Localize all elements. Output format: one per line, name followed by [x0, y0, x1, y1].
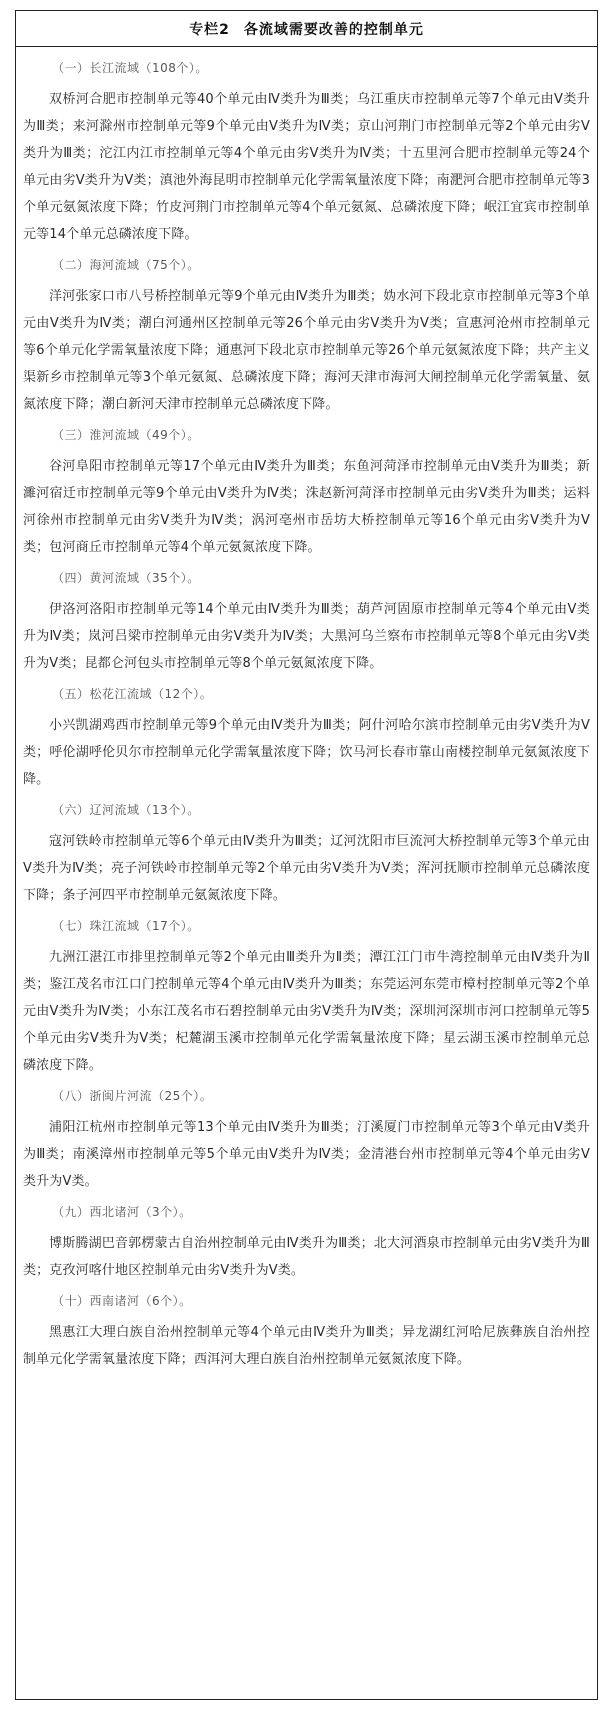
section-southwest: （十）西南诸河（6个）。 黑惠江大理白族自治州控制单元等4个单元由Ⅳ类升为Ⅲ类；… [23, 1288, 590, 1373]
section-heading: （八）浙闽片河流（25个）。 [23, 1083, 590, 1110]
box-title-number: 专栏2 [189, 19, 230, 39]
section-heading: （九）西北诸河（3个）。 [23, 1199, 590, 1226]
section-body: 九洲江湛江市排里控制单元等2个单元由Ⅲ类升为Ⅱ类；潭江江门市牛湾控制单元由Ⅳ类升… [23, 944, 590, 1079]
section-body: 双桥河合肥市控制单元等40个单元由Ⅳ类升为Ⅲ类；乌江重庆市控制单元等7个单元由Ⅴ… [23, 86, 590, 248]
box-content: （一）长江流域（108个）。 双桥河合肥市控制单元等40个单元由Ⅳ类升为Ⅲ类；乌… [16, 47, 597, 1373]
section-songhua: （五）松花江流域（12个）。 小兴凯湖鸡西市控制单元等9个单元由Ⅳ类升为Ⅲ类；阿… [23, 681, 590, 793]
section-body: 寇河铁岭市控制单元等6个单元由Ⅳ类升为Ⅲ类；辽河沈阳市巨流河大桥控制单元等3个单… [23, 828, 590, 909]
section-body: 博斯腾湖巴音郭楞蒙古自治州控制单元由Ⅳ类升为Ⅲ类；北大河酒泉市控制单元由劣Ⅴ类升… [23, 1230, 590, 1284]
section-haihe: （二）海河流域（75个）。 洋河张家口市八号桥控制单元等9个单元由Ⅳ类升为Ⅲ类；… [23, 252, 590, 418]
section-heading: （七）珠江流域（17个）。 [23, 913, 590, 940]
section-northwest: （九）西北诸河（3个）。 博斯腾湖巴音郭楞蒙古自治州控制单元由Ⅳ类升为Ⅲ类；北大… [23, 1199, 590, 1284]
section-body: 洋河张家口市八号桥控制单元等9个单元由Ⅳ类升为Ⅲ类；妫水河下段北京市控制单元等3… [23, 283, 590, 418]
section-heading: （四）黄河流域（35个）。 [23, 565, 590, 592]
section-yangtze: （一）长江流域（108个）。 双桥河合肥市控制单元等40个单元由Ⅳ类升为Ⅲ类；乌… [23, 55, 590, 248]
section-yellow-river: （四）黄河流域（35个）。 伊洛河洛阳市控制单元等14个单元由Ⅳ类升为Ⅲ类；葫芦… [23, 565, 590, 677]
section-heading: （二）海河流域（75个）。 [23, 252, 590, 279]
section-body: 浦阳江杭州市控制单元等13个单元由Ⅳ类升为Ⅲ类；汀溪厦门市控制单元等3个单元由Ⅴ… [23, 1114, 590, 1195]
section-heading: （六）辽河流域（13个）。 [23, 797, 590, 824]
box-title: 专栏2 各流域需要改善的控制单元 [16, 11, 597, 47]
section-heading: （五）松花江流域（12个）。 [23, 681, 590, 708]
section-heading: （三）淮河流域（49个）。 [23, 422, 590, 449]
section-zhemin: （八）浙闽片河流（25个）。 浦阳江杭州市控制单元等13个单元由Ⅳ类升为Ⅲ类；汀… [23, 1083, 590, 1195]
section-body: 谷河阜阳市控制单元等17个单元由Ⅳ类升为Ⅲ类；东鱼河菏泽市控制单元由Ⅴ类升为Ⅲ类… [23, 453, 590, 561]
sidebar-box: 专栏2 各流域需要改善的控制单元 （一）长江流域（108个）。 双桥河合肥市控制… [15, 10, 598, 1700]
section-body: 小兴凯湖鸡西市控制单元等9个单元由Ⅳ类升为Ⅲ类；阿什河哈尔滨市控制单元由劣Ⅴ类升… [23, 712, 590, 793]
box-title-text: 各流域需要改善的控制单元 [244, 19, 424, 39]
section-pearl: （七）珠江流域（17个）。 九洲江湛江市排里控制单元等2个单元由Ⅲ类升为Ⅱ类；潭… [23, 913, 590, 1079]
section-heading: （一）长江流域（108个）。 [23, 55, 590, 82]
section-body: 黑惠江大理白族自治州控制单元等4个单元由Ⅳ类升为Ⅲ类；异龙湖红河哈尼族彝族自治州… [23, 1319, 590, 1373]
section-body: 伊洛河洛阳市控制单元等14个单元由Ⅳ类升为Ⅲ类；葫芦河固原市控制单元等4个单元由… [23, 596, 590, 677]
section-heading: （十）西南诸河（6个）。 [23, 1288, 590, 1315]
section-liaohe: （六）辽河流域（13个）。 寇河铁岭市控制单元等6个单元由Ⅳ类升为Ⅲ类；辽河沈阳… [23, 797, 590, 909]
section-huaihe: （三）淮河流域（49个）。 谷河阜阳市控制单元等17个单元由Ⅳ类升为Ⅲ类；东鱼河… [23, 422, 590, 561]
